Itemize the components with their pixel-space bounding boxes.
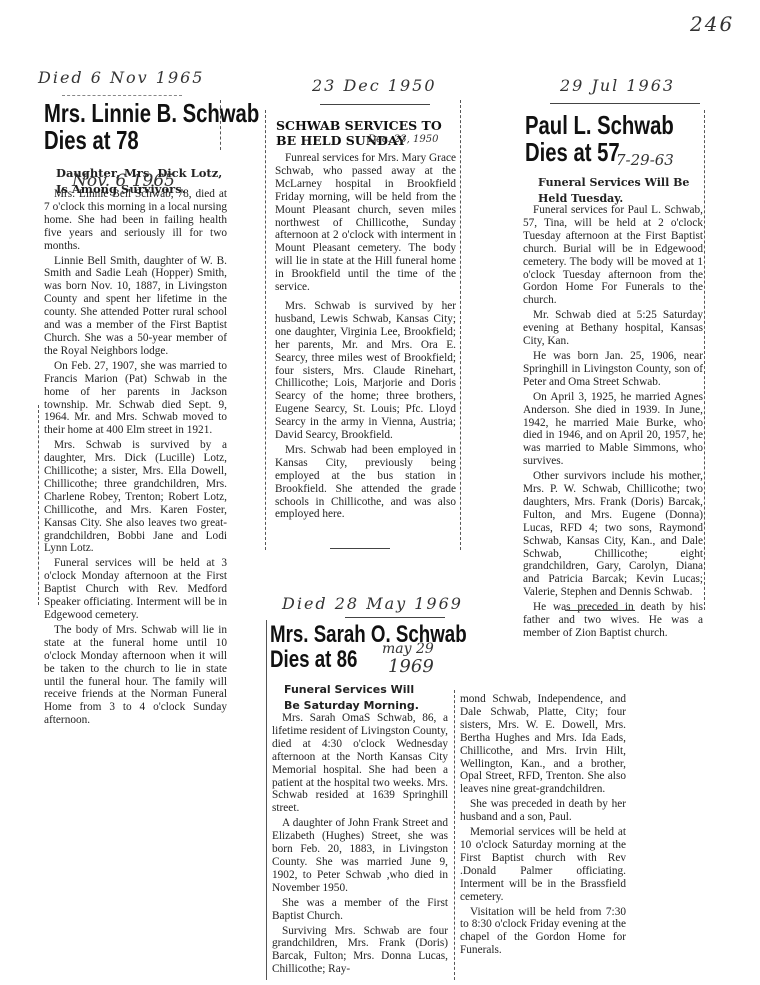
handwritten-date-mary: 23 Dec 1950 <box>312 76 437 95</box>
paragraph: On Feb. 27, 1907, she was married to Fra… <box>44 360 227 437</box>
divider <box>330 548 390 549</box>
divider <box>550 103 700 104</box>
article-body-col2: mond Schwab, Independence, and Dale Schw… <box>460 693 626 959</box>
paragraph: Funeral services for Paul L. Schwab, 57,… <box>523 204 703 307</box>
handwritten-annotation: Dec. 23, 1950 <box>368 134 438 145</box>
clipping-edge <box>266 620 267 980</box>
divider <box>62 95 182 96</box>
headline: Mrs. Linnie B. Schwab Dies at 78 <box>44 100 231 155</box>
divider <box>565 610 635 611</box>
clipping-edge <box>454 690 455 980</box>
paragraph: Linnie Bell Smith, daughter of W. B. Smi… <box>44 255 227 358</box>
headline-line: Dies at 78 <box>44 127 231 154</box>
article-body: Funreal services for Mrs. Mary Grace Sch… <box>275 152 456 523</box>
paragraph: The body of Mrs. Schwab will lie in stat… <box>44 624 227 727</box>
headline-line: SCHWAB SERVICES TO <box>276 118 456 133</box>
paragraph: Mrs. Schwab is survived by her husband, … <box>275 300 456 442</box>
paragraph: Visitation will be held from 7:30 to 8:3… <box>460 906 626 958</box>
subhead-line: Funeral Services Will <box>284 682 450 698</box>
paragraph: Funeral services will be held at 3 o'clo… <box>44 557 227 622</box>
paragraph: mond Schwab, Independence, and Dale Schw… <box>460 693 626 796</box>
clipping-paul-schwab: Paul L. Schwab Dies at 57 Funeral Servic… <box>525 112 705 207</box>
article-body-col1: Mrs. Sarah OmaS Schwab, 86, a lifetime r… <box>272 712 448 978</box>
paragraph: Funreal services for Mrs. Mary Grace Sch… <box>275 152 456 294</box>
article-body: Mrs. Linnie Bell Schwab, 78, died at 7 o… <box>44 188 227 729</box>
article-body: Funeral services for Paul L. Schwab, 57,… <box>523 204 703 642</box>
paragraph: He was preceded in death by his father a… <box>523 601 703 640</box>
paragraph: He was born Jan. 25, 1906, near Springhi… <box>523 350 703 389</box>
paragraph: Surviving Mrs. Schwab are four grandchil… <box>272 925 448 977</box>
paragraph: She was preceded in death by her husband… <box>460 798 626 824</box>
subhead: Funeral Services Will Be Held Tuesday. <box>525 175 705 207</box>
paragraph: She was a member of the First Baptist Ch… <box>272 897 448 923</box>
subhead-line: Funeral Services Will Be <box>538 175 705 191</box>
clipping-edge <box>220 100 221 150</box>
headline-line: Mrs. Linnie B. Schwab <box>44 100 231 127</box>
paragraph: On April 3, 1925, he married Agnes Ander… <box>523 391 703 468</box>
paragraph: Mrs. Linnie Bell Schwab, 78, died at 7 o… <box>44 188 227 253</box>
handwritten-date-linnie: Died 6 Nov 1965 <box>38 68 204 87</box>
page-number: 246 <box>690 12 734 36</box>
paragraph: Mrs. Sarah OmaS Schwab, 86, a lifetime r… <box>272 712 448 815</box>
clipping-edge <box>460 100 461 550</box>
annotation-line: 1969 <box>382 658 434 676</box>
paragraph: Mr. Schwab died at 5:25 Saturday evening… <box>523 309 703 348</box>
clipping-edge <box>265 110 266 550</box>
divider <box>320 104 430 105</box>
paragraph: Memorial services will be held at 10 o'c… <box>460 826 626 903</box>
handwritten-date-paul: 29 Jul 1963 <box>560 76 675 95</box>
divider <box>345 617 445 618</box>
paragraph: A daughter of John Frank Street and Eliz… <box>272 817 448 894</box>
headline-line: Paul L. Schwab <box>525 112 681 139</box>
paragraph: Other survivors include his mother, Mrs.… <box>523 470 703 599</box>
handwritten-date-sarah: Died 28 May 1969 <box>282 594 463 613</box>
subhead: Funeral Services Will Be Saturday Mornin… <box>270 682 450 714</box>
handwritten-annotation: may 29 1969 <box>382 640 434 676</box>
handwritten-annotation: 7-29-63 <box>616 151 674 169</box>
paragraph: Mrs. Schwab is survived by a daughter, M… <box>44 439 227 555</box>
paragraph: Mrs. Schwab had been employed in Kansas … <box>275 444 456 521</box>
clipping-edge <box>38 405 39 605</box>
